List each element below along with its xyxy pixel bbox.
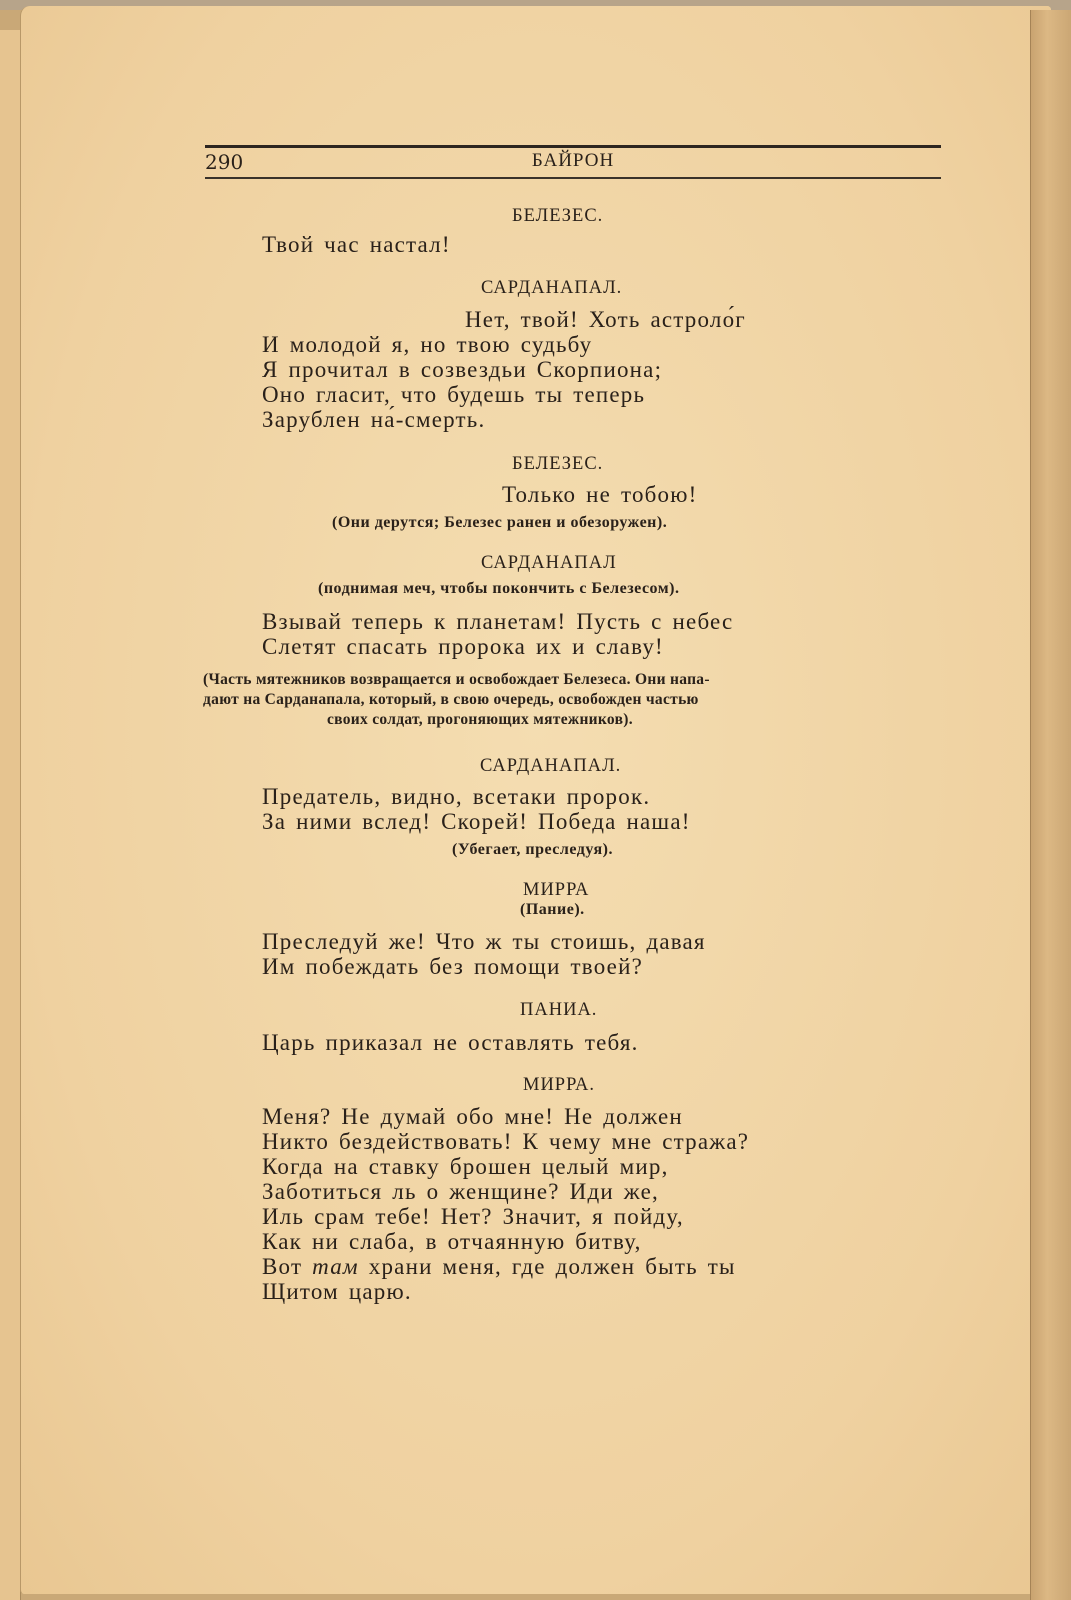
speaker-name: САРДАНАПАЛ.: [481, 278, 622, 299]
verse-line: Твой час настал!: [262, 232, 451, 258]
stage-direction: своих солдат, прогоняющих мятежников).: [327, 711, 633, 729]
verse-line: Слетят спасать пророка их и славу!: [262, 634, 664, 660]
verse-line: Заботиться ль о женщине? Иди же,: [262, 1179, 659, 1205]
speaker-name: МИРРА.: [523, 1075, 595, 1096]
previous-page-edge: [0, 30, 21, 1600]
speaker-name: ПАНИА.: [520, 1000, 597, 1021]
verse-line: Им побеждать без помощи твоей?: [262, 954, 643, 980]
running-title: БАЙРОН: [205, 150, 941, 172]
stage-direction: (Убегает, преследуя).: [452, 841, 613, 859]
header-rule-top: [205, 145, 941, 148]
verse-line: Меня? Не думай обо мне! Не должен: [262, 1104, 683, 1130]
speaker-name: БЕЛЕЗЕС.: [512, 206, 603, 227]
verse-line: Вот там храни меня, где должен быть ты: [262, 1254, 736, 1280]
verse-line: Только не тобою!: [502, 482, 698, 508]
header-rule-bottom: [205, 177, 941, 179]
verse-line: Нет, твой! Хоть астроло́г: [465, 307, 746, 333]
verse-line: Как ни слаба, в отчаянную битву,: [262, 1229, 642, 1255]
book-spine-fold: [1030, 10, 1071, 1600]
stage-direction: (Пание).: [520, 901, 585, 919]
verse-line: За ними вслед! Скорей! Победа наша!: [262, 809, 691, 835]
verse-line: Никто бездействовать! К чему мне стража?: [262, 1129, 749, 1155]
verse-line: Оно гласит, что будешь ты теперь: [262, 382, 645, 408]
verse-line: И молодой я, но твою судьбу: [262, 332, 592, 358]
verse-line: Преследуй же! Что ж ты стоишь, давая: [262, 929, 706, 955]
stage-direction: (поднимая меч, чтобы покончить с Белезес…: [318, 580, 679, 598]
stage-direction: дают на Сарданапала, который, в свою оче…: [203, 691, 699, 709]
stage-direction: (Часть мятежников возвращается и освобож…: [203, 671, 710, 689]
verse-line: Взывай теперь к планетам! Пусть с небес: [262, 609, 733, 635]
speaker-name: САРДАНАПАЛ: [481, 553, 617, 574]
verse-line: Царь приказал не оставлять тебя.: [262, 1030, 639, 1056]
verse-line: Щитом царю.: [262, 1279, 412, 1305]
stage-direction: (Они дерутся; Белезес ранен и обезоружен…: [332, 514, 667, 532]
verse-line: Когда на ставку брошен целый мир,: [262, 1154, 669, 1180]
verse-text: Вот: [262, 1254, 312, 1279]
speaker-name: САРДАНАПАЛ.: [480, 756, 621, 777]
verse-line: Я прочитал в созвездьи Скорпиона;: [262, 357, 662, 383]
emphasized-word: там: [312, 1254, 359, 1279]
verse-line: Зарублен на́-смерть.: [262, 407, 485, 433]
speaker-name: БЕЛЕЗЕС.: [512, 454, 603, 475]
verse-line: Иль срам тебе! Нет? Значит, я пойду,: [262, 1204, 684, 1230]
verse-text: храни меня, где должен быть ты: [359, 1254, 736, 1279]
speaker-name: МИРРА: [523, 880, 589, 901]
verse-line: Предатель, видно, всетаки пророк.: [262, 784, 650, 810]
